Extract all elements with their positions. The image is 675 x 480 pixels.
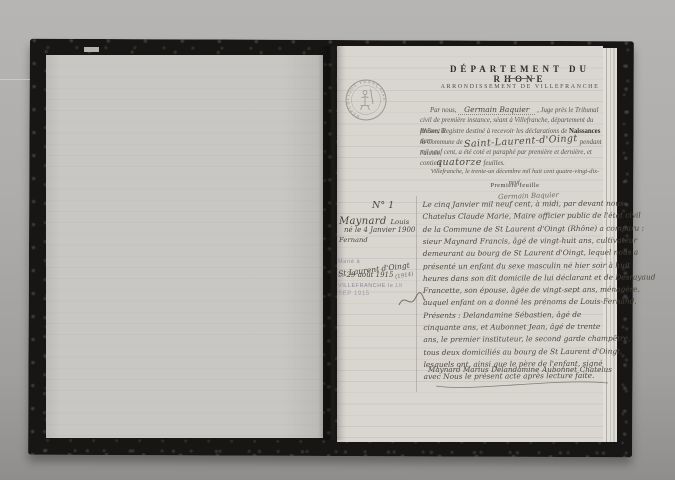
preamble-text: , Juge près le Tribunal: [537, 107, 598, 114]
signature-witness1: Delandamine: [491, 365, 539, 374]
preamble-text: la Commune de: [420, 139, 463, 146]
department-title: DÉPARTEMENT DU RHONE: [430, 64, 610, 84]
judge-name-handwritten: Germain Baquier: [458, 105, 535, 115]
signature-flourish: [432, 376, 612, 390]
scanner-scratch-artifact: [0, 79, 30, 80]
signatures-row: Maynard Marius Delandamine Aubonnet Chat…: [428, 365, 612, 374]
preamble-text: Par nous,: [430, 107, 456, 114]
preamble-line-1: Par nous, Germain Baquier , Juge près le…: [430, 105, 612, 117]
mention-date-handwritten: 29 août 1915: [347, 271, 394, 279]
mention-note-handwritten: (1914): [394, 270, 414, 281]
mention-stamp-text: VILLEFRANCHE le: [338, 283, 393, 289]
first-sheet-label: Première feuille: [430, 182, 600, 189]
signature-witness2: Aubonnet: [542, 365, 577, 374]
left-page-ruling: [46, 55, 323, 438]
signature-father: Maynard Marius: [428, 365, 489, 374]
left-blank-page: [46, 55, 323, 438]
title-rule: [505, 78, 535, 79]
mention-stamp-text: Le: [338, 273, 345, 279]
scanned-register-photo: RÉPUBLIQUE FRANÇAISE DÉPARTEMENT DU RHON…: [0, 0, 675, 480]
preamble-text: feuilles.: [483, 160, 504, 167]
cover-edge-notch: [84, 47, 99, 52]
birth-date-margin: né le 4 Janvier 1900: [344, 226, 415, 234]
preamble-text: présent Registre destiné à recevoir les …: [420, 128, 567, 135]
signature-mayor: Chatelus: [580, 365, 612, 374]
seated-liberty-figure: [361, 89, 374, 110]
mention-stamp-text: Marié à: [338, 259, 360, 265]
marriage-mention-line-2: Le 29 août 1915 (1914): [338, 271, 418, 280]
arrondissement-subtitle: ARRONDISSEMENT DE VILLEFRANCHE: [430, 84, 610, 90]
republic-seal: RÉPUBLIQUE FRANÇAISE: [344, 78, 388, 122]
act-number: N° 1: [372, 200, 394, 211]
